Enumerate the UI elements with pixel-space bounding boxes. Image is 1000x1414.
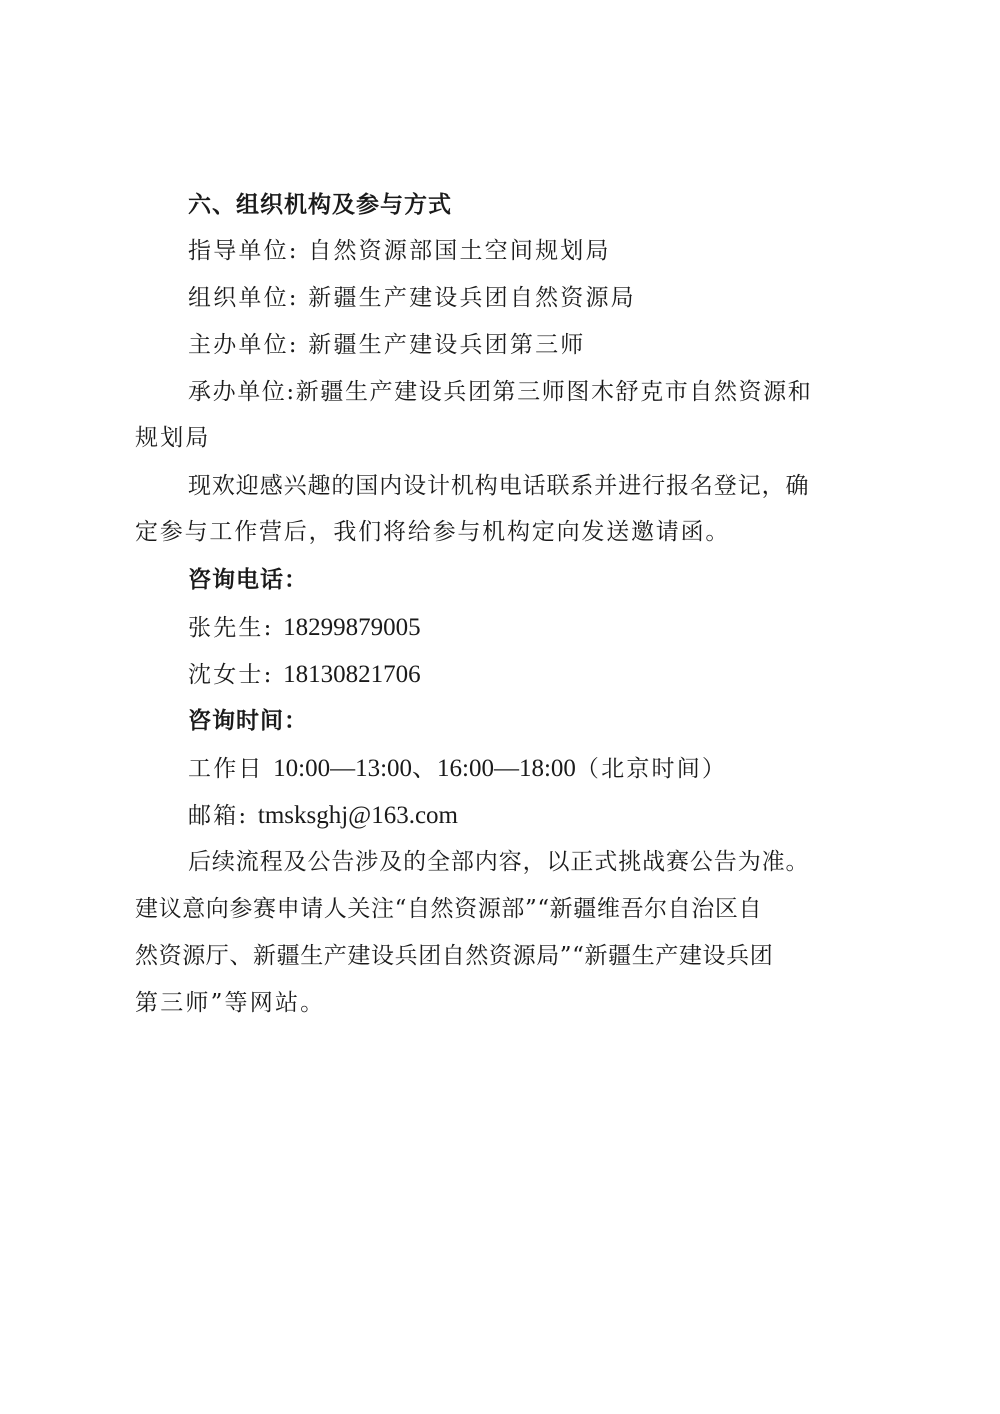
- host-unit: 主办单位: 新疆生产建设兵团第三师: [188, 330, 585, 360]
- contact-time-line: 工作日 10:00—13:00、16:00—18:00（北京时间）: [188, 754, 727, 784]
- contact-shen: 沈女士: 18130821706: [188, 660, 421, 690]
- undertaking-unit-continuation: 规划局: [135, 423, 211, 453]
- undertaking-unit-value: 新疆生产建设兵团第三师图木舒克市自然资源和: [296, 379, 813, 405]
- closing-line-1: 后续流程及公告涉及的全部内容，以正式挑战赛公告为准。: [188, 847, 809, 877]
- invitation-line-1: 现欢迎感兴趣的国内设计机构电话联系并进行报名登记，确: [188, 471, 809, 501]
- guiding-unit-label: 指导单位:: [188, 238, 299, 264]
- office-hours: 10:00—13:00、16:00—18:00: [273, 755, 576, 782]
- undertaking-unit-label: 承办单位:: [188, 379, 296, 405]
- closing-line-2: 建议意向参赛申请人关注“自然资源部”“新疆维吾尔自治区自: [135, 894, 762, 924]
- host-unit-label: 主办单位:: [188, 332, 299, 358]
- guiding-unit-value: 自然资源部国土空间规划局: [308, 238, 610, 264]
- document-page: 六、组织机构及参与方式 指导单位: 自然资源部国土空间规划局 组织单位: 新疆生…: [0, 0, 1000, 1414]
- organizing-unit-value: 新疆生产建设兵团自然资源局: [308, 285, 636, 311]
- guiding-unit: 指导单位: 自然资源部国土空间规划局: [188, 236, 611, 266]
- contact-time-heading: 咨询时间：: [188, 706, 308, 736]
- section-heading: 六、组织机构及参与方式: [188, 190, 452, 220]
- contact-zhang-name: 张先生:: [188, 615, 274, 641]
- host-unit-value: 新疆生产建设兵团第三师: [308, 332, 585, 358]
- contact-phone-heading: 咨询电话：: [188, 565, 308, 595]
- timezone-note: （北京时间）: [576, 756, 727, 782]
- contact-zhang-phone: 18299879005: [283, 614, 421, 641]
- workday-label: 工作日: [188, 756, 264, 782]
- email-address: tmsksghj@163.com: [258, 802, 458, 829]
- invitation-line-2: 定参与工作营后，我们将给参与机构定向发送邀请函。: [135, 517, 730, 547]
- undertaking-unit: 承办单位:新疆生产建设兵团第三师图木舒克市自然资源和: [188, 377, 812, 407]
- closing-line-3: 然资源厅、新疆生产建设兵团自然资源局”“新疆生产建设兵团: [135, 941, 773, 971]
- contact-shen-name: 沈女士:: [188, 662, 274, 688]
- email-line: 邮箱: tmsksghj@163.com: [188, 801, 458, 831]
- organizing-unit-label: 组织单位:: [188, 285, 299, 311]
- contact-zhang: 张先生: 18299879005: [188, 613, 421, 643]
- closing-line-4: 第三师”等网站。: [135, 988, 325, 1018]
- contact-shen-phone: 18130821706: [283, 661, 421, 688]
- organizing-unit: 组织单位: 新疆生产建设兵团自然资源局: [188, 283, 636, 313]
- email-label: 邮箱:: [188, 803, 248, 829]
